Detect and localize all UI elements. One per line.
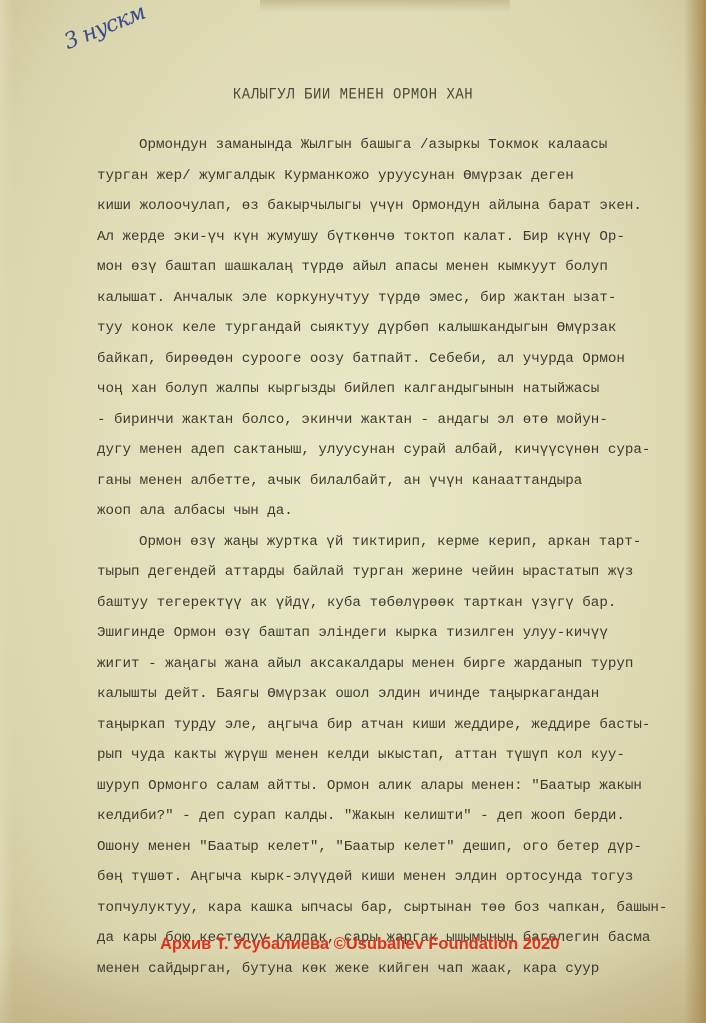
paper-stain [260, 0, 510, 12]
text-line: - биринчи жактан болсо, экинчи жактан - … [97, 405, 677, 436]
text-line: чоң хан болуп жалпы кыргызды бийлеп калг… [97, 374, 677, 405]
paragraph: Ормон өзү жаңы журтка үй тиктирип, керме… [97, 527, 677, 985]
handwritten-note: 3 нускм [61, 0, 149, 55]
paragraph: Ормондун заманында Жылгын башыга /азыркы… [97, 130, 677, 527]
text-line: менен сайдырган, бутуна көк жеке кийген … [97, 954, 677, 985]
text-line: таңыркап турду эле, аңгыча бир атчан киш… [97, 710, 677, 741]
text-line: ганы менен албетте, ачык билалбайт, ан ү… [97, 466, 677, 497]
text-line: мон өзү баштап шашкалаң түрдө айыл апасы… [97, 252, 677, 283]
text-line: калышты дейт. Баягы Өмүрзак ошол элдин и… [97, 679, 677, 710]
text-line: киши жолоочулап, өз бакырчылыгы үчүн Орм… [97, 191, 677, 222]
text-line: байкап, бирөөдөн сурооге оозу батпайт. С… [97, 344, 677, 375]
text-line: дугу менен адеп сактаныш, улуусунан сура… [97, 435, 677, 466]
text-line: жигит - жаңагы жана айыл аксакалдары мен… [97, 649, 677, 680]
text-line: баштуу тегеректүү ак үйдү, куба төбөлүрө… [97, 588, 677, 619]
text-line: жооп ала албасы чын да. [97, 496, 677, 527]
text-line: рып чуда какты жүрүш менен келди ыкыстап… [97, 740, 677, 771]
text-line: Ормондун заманында Жылгын башыга /азыркы… [97, 130, 677, 161]
text-line: Ошону менен "Баатыр келет", "Баатыр келе… [97, 832, 677, 863]
text-line: Эшигинде Ормон өзү баштап эліндеги кырка… [97, 618, 677, 649]
text-line: Ал жерде эки-үч күн жумушу бүткөнчө токт… [97, 222, 677, 253]
text-line: туу конок келе тургандай сыяктуу дүрбөп … [97, 313, 677, 344]
text-line: келдиби?" - деп сурап калды. "Жакын кели… [97, 801, 677, 832]
scanned-document-page: 3 нускм КАЛЫГУЛ БИИ МЕНЕН ОРМОН ХАН Ормо… [0, 0, 706, 1023]
archive-watermark: Архив Т. Усубалиева ©Usubaliev Foundatio… [160, 935, 559, 954]
text-line: бөң түшөт. Аңгыча кырк-элүүдөй киши мене… [97, 862, 677, 893]
document-title: КАЛЫГУЛ БИИ МЕНЕН ОРМОН ХАН [0, 86, 706, 104]
text-line: Ормон өзү жаңы журтка үй тиктирип, керме… [97, 527, 677, 558]
text-line: турган жер/ жумгалдык Курманкожо уруусун… [97, 161, 677, 192]
text-line: шуруп Ормонго салам айтты. Ормон алик ал… [97, 771, 677, 802]
text-line: тырып дегендей аттарды байлай турган жер… [97, 557, 677, 588]
document-body: Ормондун заманында Жылгын башыга /азыркы… [97, 130, 677, 984]
text-line: топчулуктуу, кара кашка ыпчасы бар, сырт… [97, 893, 677, 924]
text-line: калышат. Анчалык эле коркунучтуу түрдө э… [97, 283, 677, 314]
